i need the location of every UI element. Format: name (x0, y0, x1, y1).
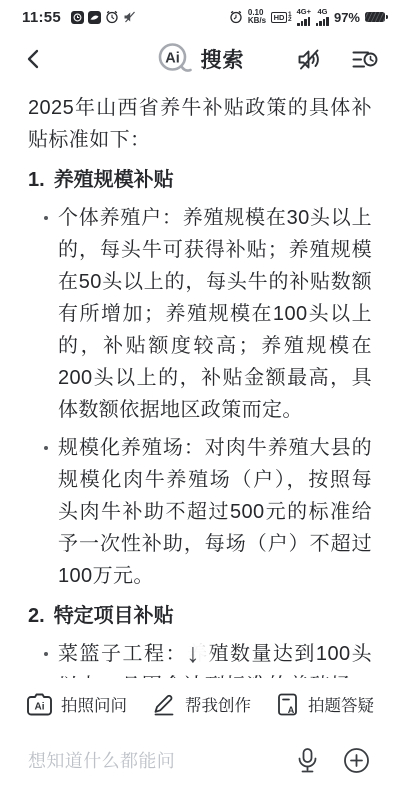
status-bar: 11:55 (0, 0, 400, 30)
screen-time-icon (229, 10, 243, 24)
signal-bars-icon (297, 16, 310, 26)
add-attachment-button[interactable] (341, 745, 372, 776)
back-button[interactable] (20, 45, 48, 73)
ai-logo-text: Ai (165, 51, 180, 67)
signal-primary: 4G+ (297, 8, 311, 26)
camera-ai-icon: Ai (26, 692, 53, 717)
phone-screen: 11:55 (0, 0, 400, 800)
sim2-indicator: 2 (288, 17, 292, 23)
ai-logo-icon: Ai (156, 42, 194, 76)
pen-icon (151, 692, 177, 716)
voice-input-button[interactable] (294, 745, 321, 776)
ask-input-placeholder: 想知道什么都能问 (28, 747, 294, 773)
nav-bar: Ai 搜索 (0, 30, 400, 88)
battery-icon (365, 12, 388, 23)
signal-bars-icon-2 (316, 16, 329, 26)
ask-input-bar[interactable]: 想知道什么都能问 (0, 730, 400, 790)
hd-label: HD (271, 12, 287, 23)
scroll-down-indicator[interactable]: ↓ (172, 632, 214, 674)
back-chevron-icon (22, 47, 46, 71)
alarm-notification-icon (105, 10, 119, 24)
section-title: 养殖规模补贴 (54, 164, 174, 196)
section-number: 1. (28, 164, 45, 196)
bullet-dot (44, 652, 48, 656)
history-list-icon (351, 48, 378, 71)
volte-hd-badge: HD 1 2 (271, 12, 291, 23)
bullet-text: 个体养殖户：养殖规模在30头以上的，每头牛可获得补贴；养殖规模在50头以上的，每… (58, 202, 372, 426)
camera-ai-text: Ai (35, 701, 45, 712)
app-notification-icon-1 (71, 11, 84, 24)
mute-notification-icon (123, 11, 136, 23)
photo-ask-label: 拍照问问 (61, 692, 127, 716)
history-button[interactable] (349, 46, 380, 73)
mic-icon (296, 747, 319, 774)
help-create-button[interactable]: 帮我创作 (151, 692, 251, 716)
notification-icons (71, 10, 136, 24)
signal-secondary-label: 4G (317, 8, 327, 15)
book-a-text: A (288, 705, 295, 715)
app-notification-icon-2 (88, 11, 101, 24)
bullet-dot (44, 216, 48, 220)
network-speed-unit: KB/s (248, 17, 266, 25)
speaker-muted-icon (296, 47, 323, 72)
page-title: 搜索 (201, 44, 245, 74)
answer-content: 2025年山西省养牛补贴政策的具体补贴标准如下： 1. 养殖规模补贴 个体养殖户… (0, 88, 400, 678)
bullet-text: 规模化养殖场：对肉牛养殖大县的规模化肉牛养殖场（户），按照每头肉牛补助不超过50… (58, 432, 372, 592)
intro-text: 2025年山西省养牛补贴政策的具体补贴标准如下： (28, 92, 372, 156)
book-answer-icon: A (275, 692, 300, 717)
answer-questions-button[interactable]: A 拍题答疑 (275, 692, 374, 717)
answer-questions-label: 拍题答疑 (308, 692, 374, 716)
photo-ask-button[interactable]: Ai 拍照问问 (26, 692, 127, 717)
help-create-label: 帮我创作 (185, 692, 251, 716)
status-time: 11:55 (22, 9, 61, 26)
bullet-text: 菜篮子工程：养殖数量达到100头以上，且圈舍达到标准的养殖场，通 (58, 638, 372, 678)
network-speed: 0.10 KB/s (248, 9, 266, 25)
bullet-dot (44, 446, 48, 450)
plus-circle-icon (343, 747, 370, 774)
list-item: 规模化养殖场：对肉牛养殖大县的规模化肉牛养殖场（户），按照每头肉牛补助不超过50… (28, 432, 372, 592)
down-arrow-icon: ↓ (186, 638, 200, 669)
quick-actions-toolbar: Ai 拍照问问 帮我创作 A 拍题答疑 (0, 678, 400, 730)
section-number: 2. (28, 600, 45, 632)
section-heading-1: 1. 养殖规模补贴 (28, 164, 372, 196)
section-title: 特定项目补贴 (54, 600, 174, 632)
signal-secondary: 4G (316, 8, 329, 26)
list-item: 个体养殖户：养殖规模在30头以上的，每头牛可获得补贴；养殖规模在50头以上的，每… (28, 202, 372, 426)
battery-percent: 97% (334, 10, 360, 25)
signal-primary-label: 4G+ (297, 8, 311, 15)
ai-search-logo: Ai 搜索 (156, 42, 245, 76)
mute-button[interactable] (294, 45, 325, 74)
section-heading-2: 2. 特定项目补贴 (28, 600, 372, 632)
